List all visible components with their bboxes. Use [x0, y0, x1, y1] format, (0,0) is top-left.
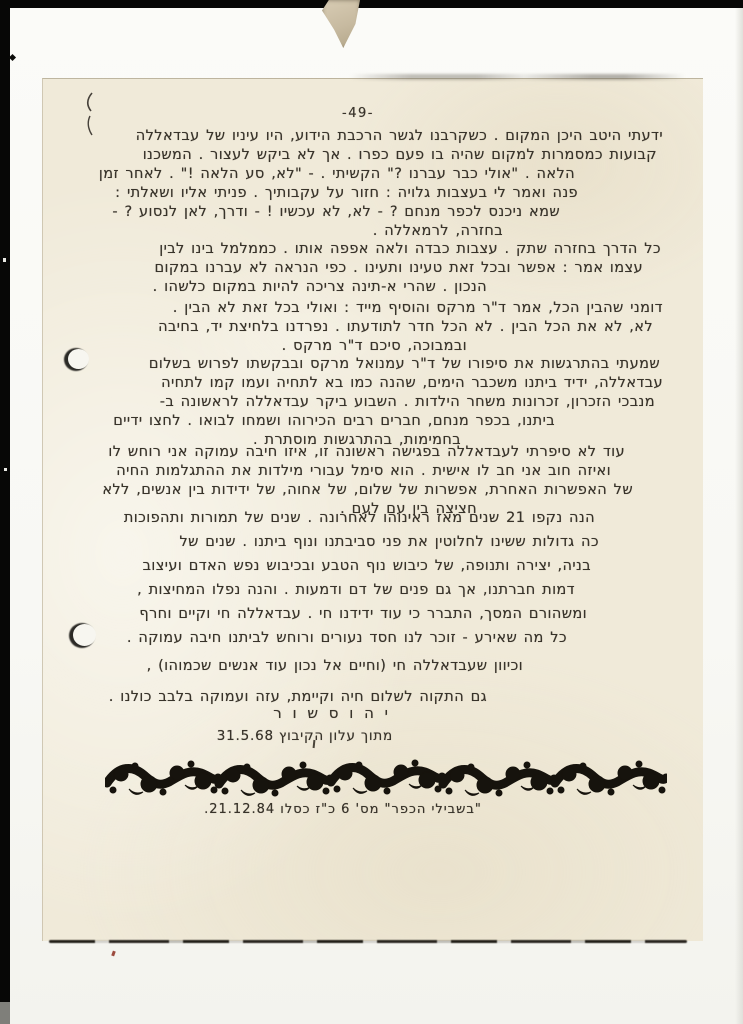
page-number: -49- — [298, 106, 418, 121]
text-line: הנכון . שהרי א-תינה צריכה להיות במקום כל… — [3, 278, 663, 297]
floral-ornament-divider-icon — [105, 759, 667, 799]
text-line: הלאה . "אולי כבר עברנו ?" הקשיתי . - "לא… — [3, 165, 663, 184]
text-line: לא, לא את הכל הבין . לא הכל חדר לתודעתו … — [3, 318, 663, 337]
text-line: ואיזה חוב אני חב לו אישית . הוא סימל עבו… — [3, 462, 663, 481]
author-signature: י ה ו ס ש ו ר — [273, 704, 391, 722]
paragraph: הנה נקפו 21 שנים מאז ראינוהו לאחרונה . ש… — [3, 506, 663, 650]
text-line: מנבכי הזכרון, זכרונות משחר הילדות . השבו… — [3, 393, 663, 412]
paragraph: דומני שהבין הכל, אמר ד"ר מרקס והוסיף מיי… — [3, 299, 663, 356]
text-line: ביתנו, בכפר מנחם, חברים רבים הכירוהו ושמ… — [3, 412, 663, 431]
text-line: עבדאללה, ידיד ביתנו משכבר הימים, שהנה כמ… — [3, 374, 663, 393]
edge-fade — [0, 1002, 10, 1024]
text-line: דמות חברתנו, אך גם פנים של דם ודמעות . ו… — [3, 578, 663, 602]
scanner-right-edge — [735, 8, 743, 1024]
document-page: -49- ידעתי היטב היכן המקום . כשקרבנו לגש… — [42, 78, 703, 941]
text-line: עוד לא סיפרתי לעבדאללה בפגישה ראשונה זו,… — [3, 443, 663, 462]
text-line: כל הדרך בחזרה שתק . עצבות כבדה ולאה אפפה… — [3, 240, 663, 259]
text-line: וכיוון שעבדאללה חי (וחיים אל נכון עוד אנ… — [3, 651, 663, 682]
text-line: בניה, יצירה ותנופה, של כיבוש נוף הטבע וב… — [3, 554, 663, 578]
paragraph: שמעתי בהתרגשות את סיפורו של ד"ר עמנואל מ… — [3, 355, 663, 450]
text-line: בחזרה, לרמאללה . — [3, 222, 663, 241]
scan-smudge — [350, 74, 685, 80]
text-line: הנה נקפו 21 שנים מאז ראינוהו לאחרונה . ש… — [3, 506, 663, 530]
text-line: דומני שהבין הכל, אמר ד"ר מרקס והוסיף מיי… — [3, 299, 663, 318]
text-line: ידעתי היטב היכן המקום . כשקרבנו לגשר הרכ… — [3, 127, 663, 146]
source-line: מתוך עלון הקיבוץ 31.5.68 — [217, 728, 393, 744]
text-line: עצמו אמר : אפשר ובכל זאת טעינו ותעינו . … — [3, 259, 663, 278]
scan-speck — [4, 468, 7, 471]
paragraph: ידעתי היטב היכן המקום . כשקרבנו לגשר הרכ… — [3, 127, 663, 241]
text-line: של האפשרות האחרת, אפשרות של שלום, של אחו… — [3, 481, 663, 500]
text-line: ובמבוכה, סיכם ד"ר מרקס . — [3, 337, 663, 356]
pen-mark — [83, 92, 97, 140]
text-line: ומשהורם המסך, התברר כי עוד ידידנו חי . ע… — [3, 602, 663, 626]
paragraph: כל הדרך בחזרה שתק . עצבות כבדה ולאה אפפה… — [3, 240, 663, 297]
text-line: שמעתי בהתרגשות את סיפורו של ד"ר עמנואל מ… — [3, 355, 663, 374]
footer-caption: "בשבילי הכפר" מס' 6 כ"ז כסלו 21.12.84. — [73, 802, 613, 817]
punch-hole — [69, 623, 95, 648]
scan-speck — [3, 258, 6, 262]
scan-background: { "document": { "page_number": "-49-", "… — [0, 0, 743, 1024]
text-line: כל מה שאירע - זוכר לנו חסד נעורים ורוחש … — [3, 626, 663, 650]
text-line: פנה ואמר לי בעצבות גלויה : חזור על עקבות… — [3, 184, 663, 203]
text-line: קבועות כמסמרות למקום שהיה בו פעם כפרו . … — [3, 146, 663, 165]
punch-hole — [64, 348, 88, 371]
text-line: כה גדולות ששינו לחלוטין את פני סביבתנו ו… — [3, 530, 663, 554]
text-line: שמא ניכנס לכפר מנחם ? - לא, לא עכשיו ! -… — [3, 203, 663, 222]
page-bottom-edge — [49, 940, 687, 943]
punch-hole-center — [68, 349, 89, 369]
punch-hole-center — [73, 624, 96, 646]
